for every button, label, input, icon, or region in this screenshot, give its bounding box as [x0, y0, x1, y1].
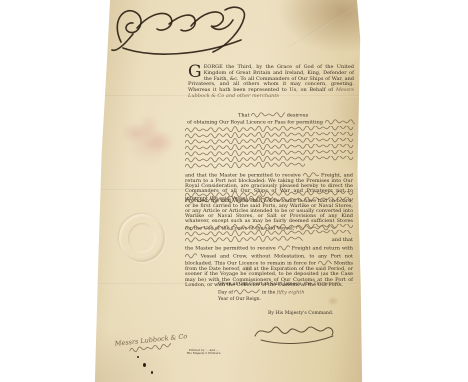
- licence-permitting-line: of obtaining Our Royal Licence or Pass f…: [187, 118, 355, 126]
- handwriting-entry: [318, 259, 332, 266]
- ink-speck: [151, 371, 153, 374]
- corner-crease: [289, 0, 366, 48]
- ink-speck: [143, 363, 146, 367]
- preamble-text: EORGE the Third, by the Grace of God of …: [188, 64, 354, 93]
- dropcap-G: G: [188, 66, 202, 79]
- docket-note: Messrs Lubbock & Co: [114, 326, 245, 357]
- document-photo: GEORGE the Third, by the Grace of God of…: [0, 0, 468, 382]
- manuscript-day: Thirteenth: [313, 281, 340, 287]
- dating-clause: Given at Our Court at Saint James's, the…: [218, 281, 356, 304]
- countersignature: [251, 316, 341, 346]
- handwriting-entry: [325, 118, 355, 125]
- document-paper: GEORGE the Third, by the Grace of God of…: [93, 0, 364, 382]
- manuscript-regnal-year: fifty eighth: [277, 290, 305, 296]
- ink-speck: [137, 356, 139, 358]
- embossed-seal: [119, 214, 165, 262]
- licence-preamble: GEORGE the Third, by the Grace of God of…: [188, 65, 354, 100]
- royal-sign-manual-signature: [107, 2, 257, 58]
- printer-imprint: Printed by … and … His Majesty's Printer…: [185, 349, 223, 356]
- and-that-catchwords: and that: [185, 238, 353, 243]
- handwriting-entry: [185, 252, 197, 259]
- armorial-blind-stamp: [117, 108, 181, 170]
- handwriting-entry: [251, 111, 285, 118]
- handwriting-entry: [303, 171, 319, 178]
- manuscript-vessel-description: [185, 126, 358, 168]
- handwriting-entry: [234, 288, 260, 295]
- handwriting-entry: [278, 244, 290, 251]
- handwriting-line: [185, 162, 305, 170]
